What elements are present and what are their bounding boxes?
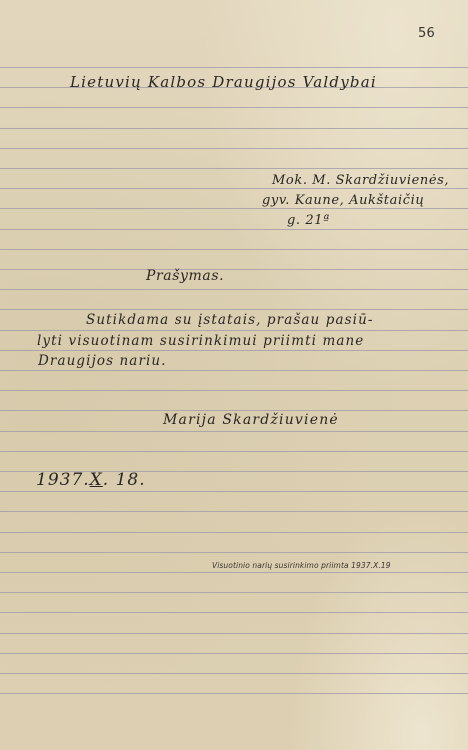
- body-line-2: lyti visuotinam susirinkimui priimti man…: [37, 333, 364, 349]
- ruled-line: [0, 653, 468, 654]
- ruled-line: [0, 107, 468, 108]
- ruled-line: [0, 633, 468, 634]
- ruled-line: [0, 350, 468, 351]
- body-line-1: Sutikdama su įstatais, prašau pasiū-: [86, 312, 374, 328]
- ruled-line: [0, 309, 468, 310]
- body-line-3: Draugijos nariu.: [38, 353, 167, 369]
- ruled-line: [0, 289, 468, 290]
- acceptance-note: Visuotinio narių susirinkimo priimta 193…: [212, 561, 391, 570]
- ruled-line: [0, 572, 468, 573]
- ruled-line: [0, 67, 468, 68]
- ruled-line: [0, 128, 468, 129]
- date-day: . 18.: [103, 470, 146, 490]
- ruled-line: [0, 208, 468, 209]
- page-number: 56: [418, 26, 435, 41]
- ruled-line: [0, 451, 468, 452]
- document-page: 56 Lietuvių Kalbos Draugijos Valdybai Mo…: [0, 0, 468, 750]
- date: 1937.X. 18.: [36, 470, 146, 490]
- ruled-line: [0, 511, 468, 512]
- ruled-line: [0, 168, 468, 169]
- ruled-line: [0, 229, 468, 230]
- ruled-line: [0, 673, 468, 674]
- ruled-line: [0, 148, 468, 149]
- ruled-line: [0, 188, 468, 189]
- ruled-line: [0, 552, 468, 553]
- date-year: 1937.: [36, 470, 90, 490]
- ruled-line: [0, 612, 468, 613]
- ruled-line: [0, 330, 468, 331]
- date-month: X: [90, 470, 103, 490]
- ruled-line: [0, 269, 468, 270]
- document-title: Prašymas.: [146, 268, 224, 284]
- ruled-line: [0, 491, 468, 492]
- ruled-line: [0, 410, 468, 411]
- signature: Marija Skardžiuvienė: [163, 412, 339, 428]
- ruled-line: [0, 592, 468, 593]
- sender-name: Mok. M. Skardžiuvienės,: [272, 173, 449, 188]
- ruled-line: [0, 370, 468, 371]
- ruled-line: [0, 431, 468, 432]
- sender-address-number: g. 21ª: [287, 213, 330, 228]
- ruled-line: [0, 390, 468, 391]
- addressee-line: Lietuvių Kalbos Draugijos Valdybai: [70, 73, 377, 91]
- ruled-line: [0, 532, 468, 533]
- sender-address: gyv. Kaune, Aukštaičių: [262, 193, 424, 208]
- ruled-line: [0, 249, 468, 250]
- ruled-line: [0, 693, 468, 694]
